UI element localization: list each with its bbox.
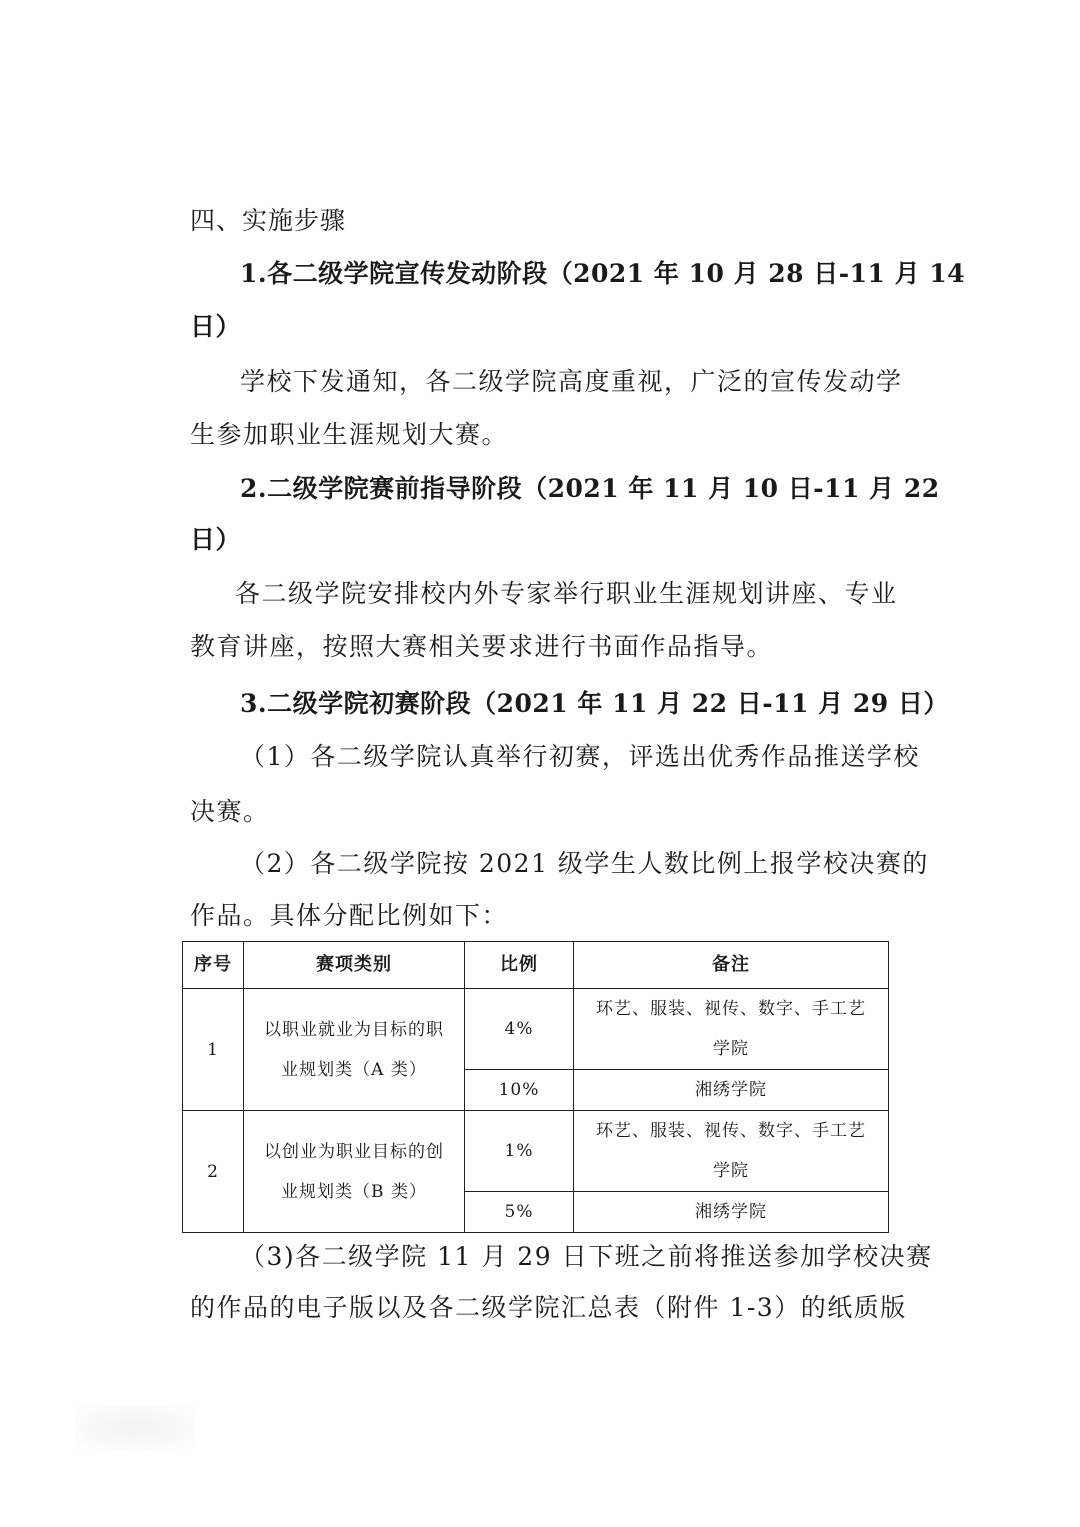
category-line: 业规划类（A 类） [254, 1050, 454, 1090]
step-3-item-2-cont: 作品。具体分配比例如下： [190, 900, 508, 932]
row-note: 环艺、服装、视传、数字、手工艺 学院 [574, 1111, 889, 1192]
step-1-heading: 1.各二级学院宣传发动阶段（2021 年 10 月 28 日-11 月 14 [240, 258, 965, 290]
row-note: 湘绣学院 [574, 1192, 889, 1233]
header-index: 序号 [183, 942, 244, 989]
step-3-item-3-cont: 的作品的电子版以及各二级学院汇总表（附件 1-3）的纸质版 [190, 1292, 907, 1324]
scan-artifact [75, 1405, 195, 1450]
step-3-item-2: （2）各二级学院按 2021 级学生人数比例上报学校决赛的 [240, 848, 929, 880]
category-line: 以创业为职业目标的创 [254, 1132, 454, 1172]
header-ratio: 比例 [465, 942, 574, 989]
row-ratio: 10% [465, 1070, 574, 1111]
row-category: 以创业为职业目标的创 业规划类（B 类） [244, 1111, 465, 1233]
step-3-heading: 3.二级学院初赛阶段（2021 年 11 月 22 日-11 月 29 日） [240, 688, 949, 720]
row-note: 湘绣学院 [574, 1070, 889, 1111]
header-note: 备注 [574, 942, 889, 989]
category-line: 以职业就业为目标的职 [254, 1010, 454, 1050]
step-1-body: 学校下发通知，各二级学院高度重视，广泛的宣传发动学 [240, 366, 903, 398]
section-title: 四、实施步骤 [190, 205, 346, 237]
note-line: 学院 [582, 1151, 880, 1191]
step-3-item-1-cont: 决赛。 [190, 796, 270, 828]
document-page: 四、实施步骤 1.各二级学院宣传发动阶段（2021 年 10 月 28 日-11… [0, 0, 1080, 1527]
table-row: 1 以职业就业为目标的职 业规划类（A 类） 4% 环艺、服装、视传、数字、手工… [183, 989, 889, 1070]
step-2-heading: 2.二级学院赛前指导阶段（2021 年 11 月 10 日-11 月 22 [240, 473, 940, 505]
step-1-heading-cont: 日） [190, 311, 241, 343]
note-line: 环艺、服装、视传、数字、手工艺 [582, 989, 880, 1029]
table-row: 2 以创业为职业目标的创 业规划类（B 类） 1% 环艺、服装、视传、数字、手工… [183, 1111, 889, 1192]
step-2-body: 各二级学院安排校内外专家举行职业生涯规划讲座、专业 [235, 578, 898, 610]
category-line: 业规划类（B 类） [254, 1172, 454, 1212]
step-3-item-3: （3)各二级学院 11 月 29 日下班之前将推送参加学校决赛 [240, 1241, 933, 1273]
row-ratio: 5% [465, 1192, 574, 1233]
note-line: 学院 [582, 1029, 880, 1069]
step-2-body-cont: 教育讲座，按照大赛相关要求进行书面作品指导。 [190, 631, 773, 663]
row-category: 以职业就业为目标的职 业规划类（A 类） [244, 989, 465, 1111]
header-category: 赛项类别 [244, 942, 465, 989]
row-note: 环艺、服装、视传、数字、手工艺 学院 [574, 989, 889, 1070]
row-index: 1 [183, 989, 244, 1111]
table-header-row: 序号 赛项类别 比例 备注 [183, 942, 889, 989]
row-index: 2 [183, 1111, 244, 1233]
row-ratio: 4% [465, 989, 574, 1070]
step-3-item-1: （1）各二级学院认真举行初赛，评选出优秀作品推送学校 [240, 741, 920, 773]
step-1-body-cont: 生参加职业生涯规划大赛。 [190, 419, 508, 451]
note-line: 环艺、服装、视传、数字、手工艺 [582, 1111, 880, 1151]
allocation-table: 序号 赛项类别 比例 备注 1 以职业就业为目标的职 业规划类（A 类） 4% … [182, 941, 889, 1233]
row-ratio: 1% [465, 1111, 574, 1192]
step-2-heading-cont: 日） [190, 524, 241, 556]
